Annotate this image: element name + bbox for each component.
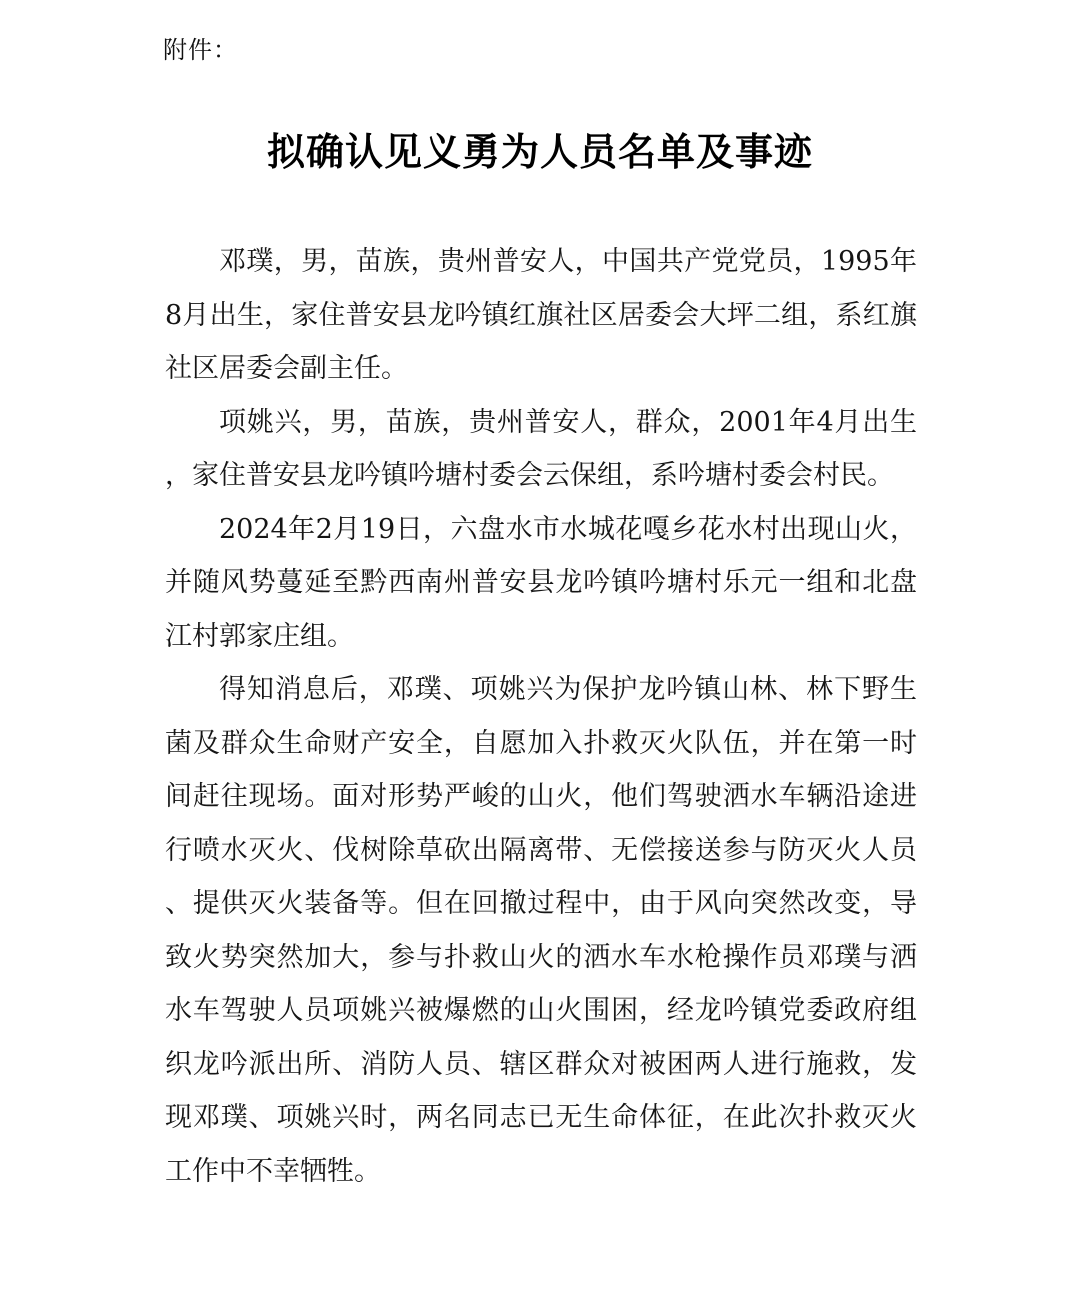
document-body: 邓璞，男，苗族，贵州普安人，中国共产党党员，1995年8月出生，家住普安县龙吟镇… bbox=[165, 235, 917, 1198]
document-page: 附件： 拟确认见义勇为人员名单及事迹 邓璞，男，苗族，贵州普安人，中国共产党党员… bbox=[0, 0, 1080, 1292]
document-title: 拟确认见义勇为人员名单及事迹 bbox=[0, 124, 1080, 180]
attachment-label: 附件： bbox=[163, 30, 238, 70]
paragraph-deng-pu-profile: 邓璞，男，苗族，贵州普安人，中国共产党党员，1995年8月出生，家住普安县龙吟镇… bbox=[165, 235, 917, 396]
paragraph-fire-event: 2024年2月19日，六盘水市水城花嘎乡花水村出现山火，并随风势蔓延至黔西南州普… bbox=[165, 503, 917, 664]
paragraph-heroic-deeds: 得知消息后，邓璞、项姚兴为保护龙吟镇山林、林下野生菌及群众生命财产安全，自愿加入… bbox=[165, 663, 917, 1198]
paragraph-xiang-yaoxing-profile: 项姚兴，男，苗族，贵州普安人，群众，2001年4月出生，家住普安县龙吟镇吟塘村委… bbox=[165, 396, 917, 503]
